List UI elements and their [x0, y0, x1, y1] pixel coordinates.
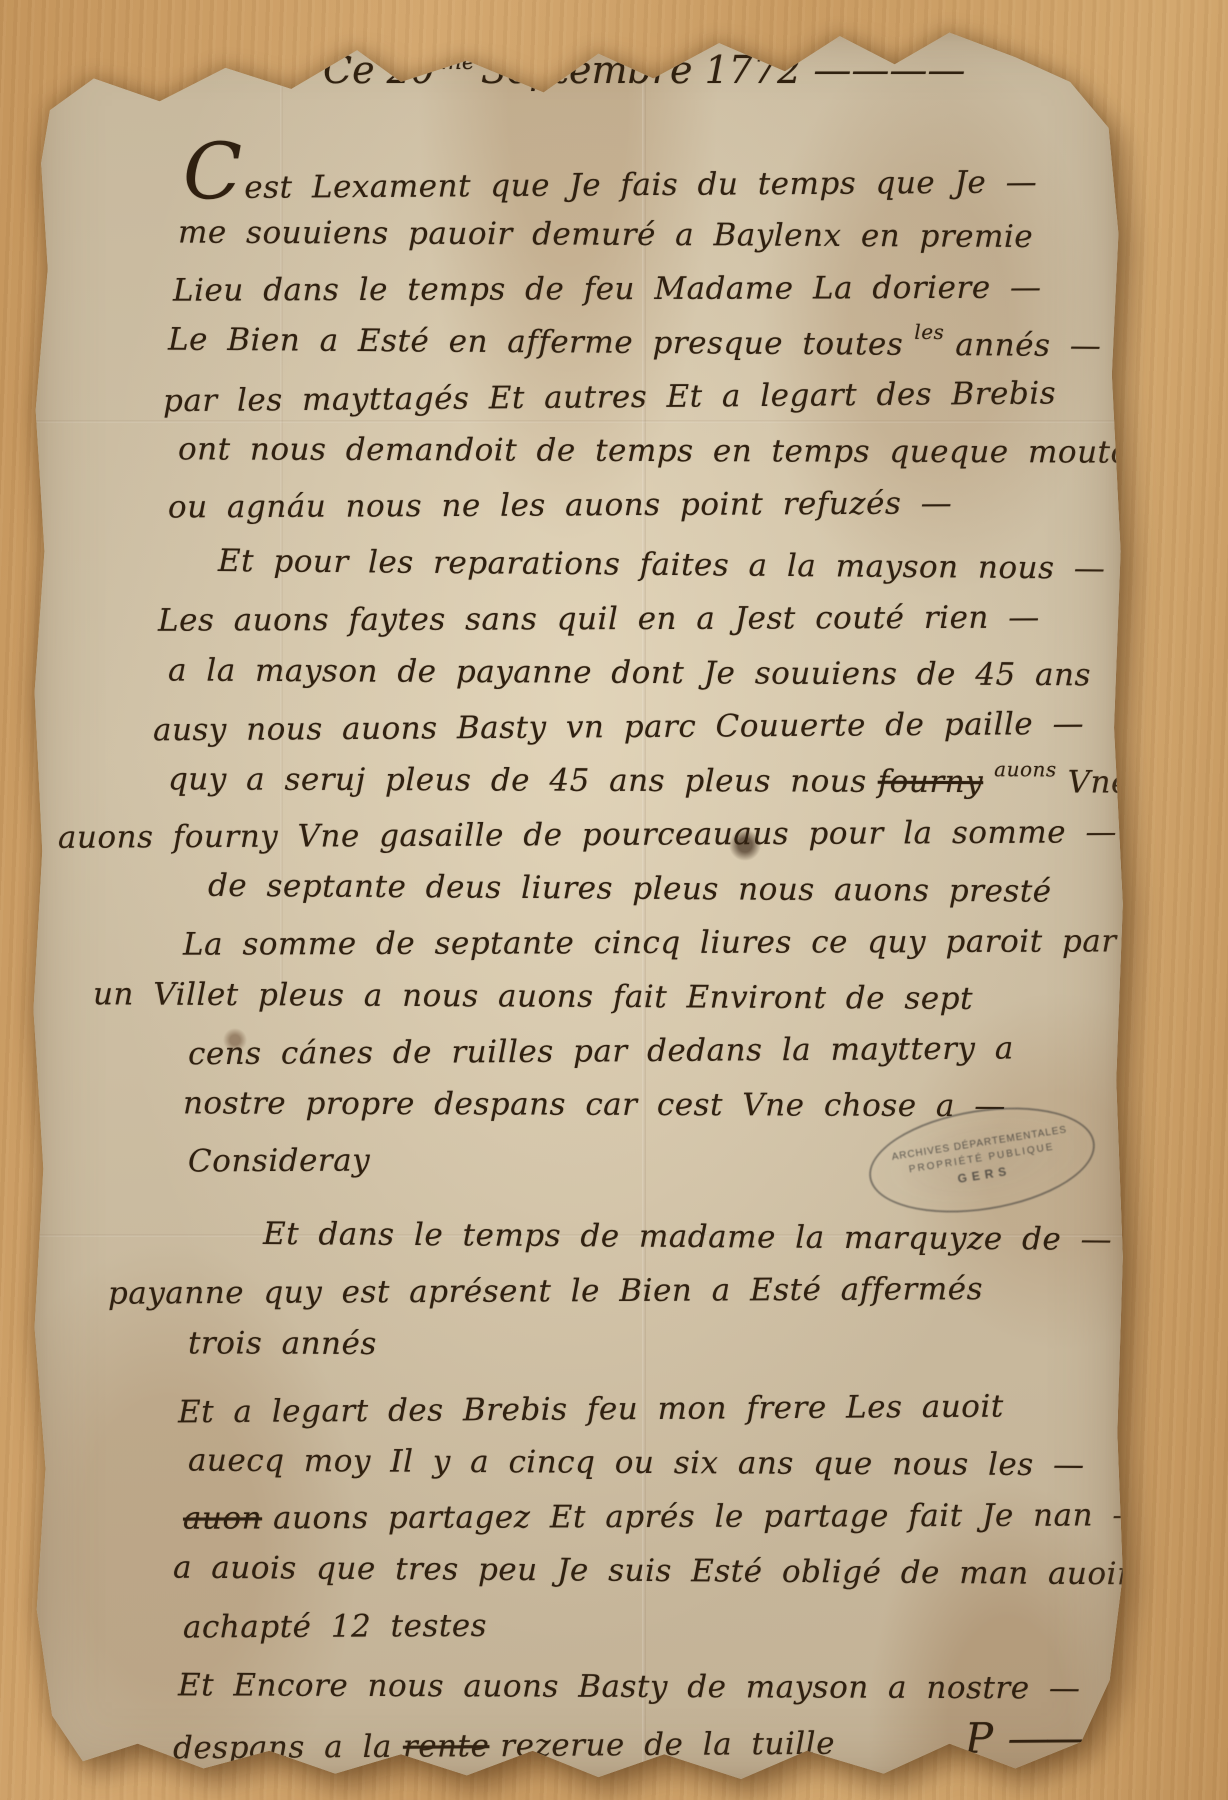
manuscript-line: quy a seruj pleus de 45 ans pleus nousfo… — [168, 752, 1133, 809]
manuscript-line: Les auons faytes sans quil en a Jest cou… — [158, 590, 1133, 647]
line-text: quy a seruj pleus de 45 ans pleus nous — [168, 761, 867, 799]
line-text: auons partagez Et aprés le partage fait … — [273, 1497, 1144, 1536]
manuscript-line: despans a larenterezerue de la tuilleP —… — [173, 1711, 1133, 1772]
line-text: despans a la — [173, 1729, 392, 1767]
stamp-text-bottom: GERS — [957, 1164, 1013, 1186]
line-text: ont nous demandoit de temps en temps que… — [178, 431, 1150, 470]
line-text: auecq moy Il y a cincq ou six ans que no… — [188, 1443, 1085, 1484]
line-text: auons fourny Vne gasaille de pourceauaus… — [58, 814, 1117, 856]
line-text: Et dans le temps de madame la marquyze d… — [263, 1216, 1112, 1258]
manuscript-body: Cest Lexament que Je fais du temps que J… — [153, 154, 1133, 1768]
date-line: Ce 20meSeptembre 1772 ———— — [323, 48, 965, 92]
manuscript-line: par les mayttagés Et autres Et a legart … — [163, 366, 1133, 428]
interline-insertion: les — [914, 320, 944, 344]
manuscript-line: Lieu dans le temps de feu Madame La dori… — [173, 260, 1133, 317]
line-text: me souuiens pauoir demuré a Baylenx en p… — [178, 215, 1033, 255]
manuscript-line: ausy nous auons Basty vn parc Couuerte d… — [153, 697, 1133, 758]
manuscript-line: payanne quy est aprésent le Bien a Esté … — [108, 1261, 1133, 1320]
manuscript-line: de septante deus liures pleus nous auons… — [208, 859, 1133, 919]
line-text: La somme de septante cincq liures ce quy… — [183, 923, 1117, 962]
manuscript-line: auonauons partagez Et aprés le partage f… — [183, 1488, 1133, 1545]
manuscript-page: Ce 20meSeptembre 1772 ———— Cest Lexament… — [28, 22, 1125, 1786]
manuscript-line: Le Bien a Esté en afferme presque toutes… — [168, 313, 1133, 374]
manuscript-line: ou agnáu nous ne les auons point refuzés… — [168, 475, 1133, 534]
manuscript-line: Et a legart des Brebis feu mon frere Les… — [178, 1379, 1133, 1440]
struck-word: auon — [183, 1500, 262, 1536]
interline-insertion: auons — [994, 757, 1057, 781]
manuscript-line: a la mayson de payanne dont Je souuiens … — [168, 643, 1133, 702]
line-text: nostre propre despans car cest Vne chose… — [183, 1085, 1006, 1124]
manuscript-line: Cest Lexament que Je fais du temps que J… — [183, 151, 1133, 212]
line-text: ausy nous auons Basty vn parc Couuerte d… — [153, 706, 1084, 748]
line-text: achapté 12 testes — [183, 1608, 487, 1646]
manuscript-line: Et dans le temps de madame la marquyze d… — [263, 1207, 1133, 1267]
manuscript-line: La somme de septante cincq liures ce quy… — [183, 914, 1133, 971]
line-text: Et pour les reparations faites a la mays… — [218, 543, 1106, 587]
line-text: Lieu dans le temps de feu Madame La dori… — [173, 270, 1042, 309]
manuscript-line: Et pour les reparations faites a la mays… — [218, 534, 1133, 596]
manuscript-page-wrap: Ce 20meSeptembre 1772 ———— Cest Lexament… — [28, 22, 1125, 1786]
line-text: payanne quy est aprésent le Bien a Esté … — [108, 1271, 983, 1312]
manuscript-line: a auois que tres peu Je suis Esté obligé… — [173, 1541, 1133, 1602]
line-text: trois annés — [188, 1325, 377, 1362]
manuscript-line: auons fourny Vne gasaille de pourceauaus… — [58, 805, 1133, 865]
photo-background: Ce 20meSeptembre 1772 ———— Cest Lexament… — [0, 0, 1228, 1800]
line-text: Les auons faytes sans quil en a Jest cou… — [158, 600, 1040, 639]
date-text: Ce 20 — [323, 48, 435, 92]
line-text: a auois que tres peu Je suis Esté obligé… — [173, 1550, 1133, 1593]
line-text: a la mayson de payanne dont Je souuiens … — [168, 652, 1091, 693]
manuscript-line: un Villet pleus a nous auons fait Enviro… — [93, 967, 1133, 1026]
manuscript-line: auecq moy Il y a cincq ou six ans que no… — [188, 1434, 1133, 1493]
manuscript-line: ont nous demandoit de temps en temps que… — [178, 422, 1133, 479]
manuscript-line: achapté 12 testes — [183, 1596, 1133, 1655]
line-text: Cest Lexament que Je fais du temps que J… — [183, 164, 1037, 206]
manuscript-line: cens cánes de ruilles par dedans la mayt… — [188, 1021, 1133, 1082]
paraph-flourish: P —— — [965, 1713, 1084, 1763]
line-text: annés — — [955, 327, 1101, 364]
line-text: Vne — — [1068, 764, 1181, 800]
manuscript-line: me souuiens pauoir demuré a Baylenx en p… — [178, 206, 1133, 265]
date-superscript: me — [441, 50, 475, 75]
line-text: ou agnáu nous ne les auons point refuzés… — [168, 485, 952, 525]
line-text: un Villet pleus a nous auons fait Enviro… — [93, 976, 973, 1017]
line-text: par les mayttagés Et autres Et a legart … — [163, 375, 1056, 419]
line-text: Et a legart des Brebis feu mon frere Les… — [178, 1389, 1004, 1431]
line-text: Consideray — [188, 1143, 370, 1180]
struck-word: fourny — [878, 764, 984, 800]
line-text: cens cánes de ruilles par dedans la mayt… — [188, 1031, 1014, 1073]
manuscript-line: trois annés — [188, 1316, 1133, 1373]
line-text: Le Bien a Esté en afferme presque toutes — [168, 322, 903, 363]
line-text: de septante deus liures pleus nous auons… — [208, 868, 1052, 910]
line-text: Et Encore nous auons Basty de mayson a n… — [178, 1667, 1081, 1706]
struck-word: rente — [403, 1728, 490, 1765]
line-text: rezerue de la tuille — [500, 1726, 835, 1764]
date-text: Septembre 1772 ———— — [481, 48, 965, 92]
manuscript-line: Et Encore nous auons Basty de mayson a n… — [178, 1658, 1133, 1715]
